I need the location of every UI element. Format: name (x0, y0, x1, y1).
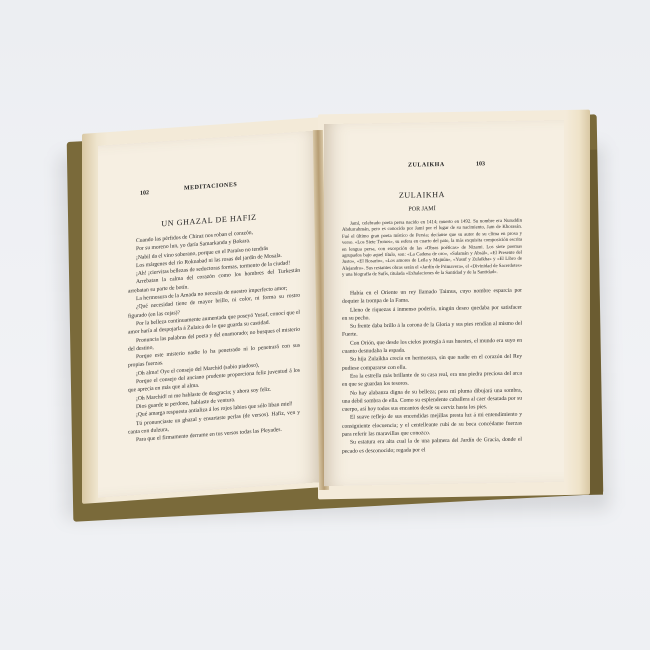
left-running-head: MEDITACIONES (184, 182, 237, 192)
paragraph: No hay alabanza digna de su belleza; per… (342, 386, 522, 414)
right-page-number: 103 (476, 161, 485, 167)
note-paragraph: Jamí, celebrado poeta persa nacido en 14… (342, 219, 522, 280)
right-page-note: Jamí, celebrado poeta persa nacido en 14… (342, 219, 522, 280)
paragraph: El suave reflejo de sus encendidas mejil… (342, 411, 522, 439)
left-page-number: 102 (140, 190, 149, 197)
right-page-byline: POR JAMÍ (324, 204, 542, 214)
right-page-body: Había en el Oriente un rey llamado Taimu… (342, 287, 522, 456)
right-running-head: ZULAIKHA (408, 162, 445, 169)
left-page-body: Cuando las pérfidos de Chiraz nos roban … (128, 226, 300, 445)
paragraph: Su estatura era alta cual la de una palm… (342, 436, 522, 456)
right-page: ZULAIKHA 103 ZULAIKHA POR JAMÍ Jamí, cel… (324, 120, 564, 486)
left-page: 102 MEDITACIONES UN GHAZAL DE HAFIZ Cuan… (98, 130, 320, 498)
right-page-title: ZULAIKHA (324, 188, 542, 201)
